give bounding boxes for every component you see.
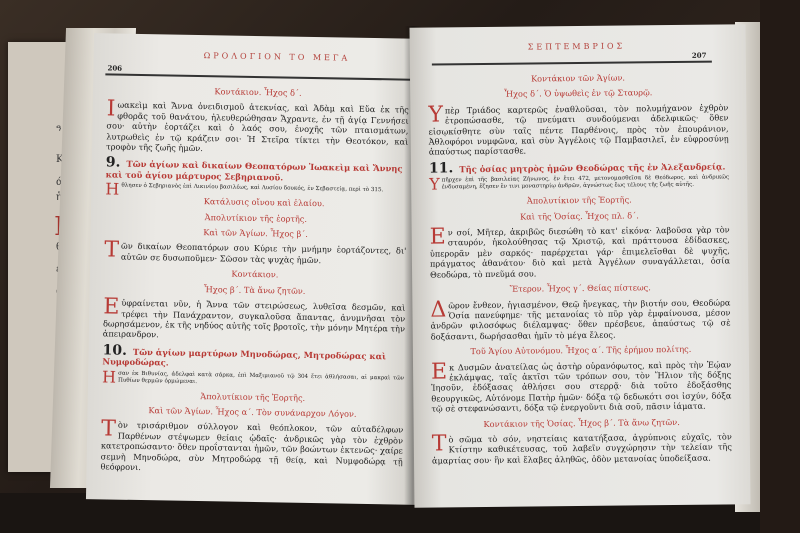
hymn-paragraph: Τὸν τρισάριθμον σύλλογον καὶ θεόπλοκον, … — [100, 420, 403, 477]
section-heading: Ἦχος β΄. Τὰ ἄνω ζητῶν. — [104, 282, 406, 298]
section-heading: Καὶ τῶν Ἁγίων. Ἦχος β΄. — [105, 225, 407, 241]
drop-cap: Υ — [429, 178, 440, 192]
back-page-mark: ዓ — [56, 124, 61, 134]
feast-title: Τῶν ἁγίων καὶ δικαίων Θεοπατόρων Ἰωακεὶμ… — [106, 159, 403, 182]
hymn-paragraph: Τῶν δικαίων Θεοπατόρων σου Κύριε τὴν μνή… — [104, 241, 406, 267]
drop-cap: Τ — [101, 420, 116, 440]
section-heading: Ἀπολυτίκιον τῆς Ἑορτῆς. — [429, 194, 729, 208]
left-page-content: Κοντάκιον. Ἦχος δ΄. Ιωακεὶμ καὶ Ἄννα ὀνε… — [100, 79, 409, 481]
feast-title: Τῆς ὁσίας μητρὸς ἡμῶν Θεοδώρας τῆς ἐν Ἀλ… — [459, 161, 725, 174]
drop-cap: Τ — [104, 241, 119, 261]
feast-note: Υπῆρχεν ἐπὶ τῆς βασιλείας Ζήνωνος, ἐν ἔτ… — [429, 175, 729, 192]
hymn-paragraph: Τὸ σῶμα τὸ σόν, νηστείαις κατατήξασα, ἀγ… — [432, 431, 732, 465]
hymn-paragraph: Ιωακεὶμ καὶ Ἄννα ὀνειδισμοῦ ἀτεκνίας, κα… — [106, 100, 409, 157]
section-heading: Κατάλυσις οἴνου καὶ ἐλαίου. — [105, 195, 407, 211]
drop-cap: Ε — [430, 227, 446, 247]
feast-entry: 11.Τῆς ὁσίας μητρὸς ἡμῶν Θεοδώρας τῆς ἐν… — [429, 160, 729, 175]
running-head: ΩΡΟΛΟΓΙΟΝ ΤΟ ΜΕΓΑ — [204, 51, 351, 63]
drop-cap: Ι — [107, 100, 116, 120]
section-heading: Καὶ τῶν Ἁγίων. Ἦχος α΄. Τὸν συνάναρχον Λ… — [101, 404, 403, 420]
section-heading: Κοντάκιον. Ἦχος δ΄. — [107, 84, 409, 100]
left-page: ΩΡΟΛΟΓΙΟΝ ΤΟ ΜΕΓΑ 206 Κοντάκιον. Ἦχος δ΄… — [86, 33, 424, 505]
feast-note: Ηθλησεν ὁ Σεβηριανὸς ἐπὶ Λικινίου βασιλέ… — [105, 183, 407, 195]
section-heading: Κοντάκιον τῆς Ὁσίας. Ἦχος β΄. Τὰ ἄνω ζητ… — [432, 416, 732, 430]
hymn-paragraph: Εν σοί, Μῆτερ, ἀκριβῶς διεσώθη τὸ κατ' ε… — [430, 224, 731, 279]
drop-cap: Ε — [103, 297, 119, 317]
feast-number: 11. — [429, 160, 454, 176]
drop-cap: Η — [102, 370, 116, 384]
book-cover-edge — [760, 0, 800, 533]
hymn-paragraph: Υπὲρ Τριάδος καρτερῶς ἐναθλοῦσαι, τὸν πο… — [428, 102, 729, 157]
section-heading: Κοντάκιον τῶν Ἁγίων. — [428, 71, 728, 85]
feast-note: Ησαν ἐκ Βιθυνίας, ἀδελφαὶ κατὰ σάρκα, ἐπ… — [102, 370, 404, 389]
drop-cap: Υ — [428, 105, 443, 125]
drop-cap: Τ — [432, 434, 447, 454]
page-number: 207 — [692, 51, 707, 60]
section-heading: Κοντάκιον. — [104, 267, 406, 283]
running-head: ΣΕΠΤΕΜΒΡΙΟΣ — [528, 42, 626, 52]
section-heading: Τοῦ Ἁγίου Αὐτονόμου. Ἦχος α΄. Τῆς ἐρήμου… — [431, 344, 731, 358]
drop-cap: Δ — [430, 300, 446, 320]
section-heading: Ἕτερον. Ἦχος γ΄. Θείας πίστεως. — [430, 282, 730, 296]
drop-cap: Η — [105, 183, 119, 197]
section-heading: Ἀπολυτίκιον τῆς Ἑορτῆς. — [102, 389, 404, 405]
section-heading: Καὶ τῆς Ὁσίας. Ἦχος πλ. δ΄. — [429, 209, 729, 223]
hymn-paragraph: Εὐφραίνεται νῦν, ἡ Ἄννα τῶν στειρώσεως, … — [103, 297, 406, 344]
feast-entry: 9.Τῶν ἁγίων καὶ δικαίων Θεοπατόρων Ἰωακε… — [106, 158, 408, 185]
hymn-paragraph: Δῶρον ἔνθεον, ἡγιασμένον, Θεῷ ἤνεγκας, τ… — [430, 297, 730, 342]
hymn-paragraph: Εκ Δυσμῶν ἀνατείλας ὡς ἀστὴρ οὐρανόφωτος… — [431, 359, 732, 414]
header-rule — [432, 61, 712, 65]
section-heading: Ἀπολυτίκιον τῆς ἑορτῆς. — [105, 210, 407, 226]
feast-title: Τῶν ἁγίων μαρτύρων Μηνοδώρας, Μητροδώρας… — [102, 347, 386, 368]
page-number: 206 — [107, 63, 122, 72]
drop-cap: Ε — [431, 362, 447, 382]
right-page: ΣΕΠΤΕΜΒΡΙΟΣ 207 Κοντάκιον τῶν Ἁγίων. Ἦχο… — [409, 24, 750, 507]
right-page-content: Κοντάκιον τῶν Ἁγίων. Ἦχος δ΄. Ὁ ὑψωθεὶς … — [428, 66, 732, 469]
feast-entry: 10.Τῶν ἁγίων μαρτύρων Μηνοδώρας, Μητροδώ… — [102, 345, 404, 372]
section-heading: Ἦχος δ΄. Ὁ ὑψωθεὶς ἐν τῷ Σταυρῷ. — [428, 87, 728, 101]
